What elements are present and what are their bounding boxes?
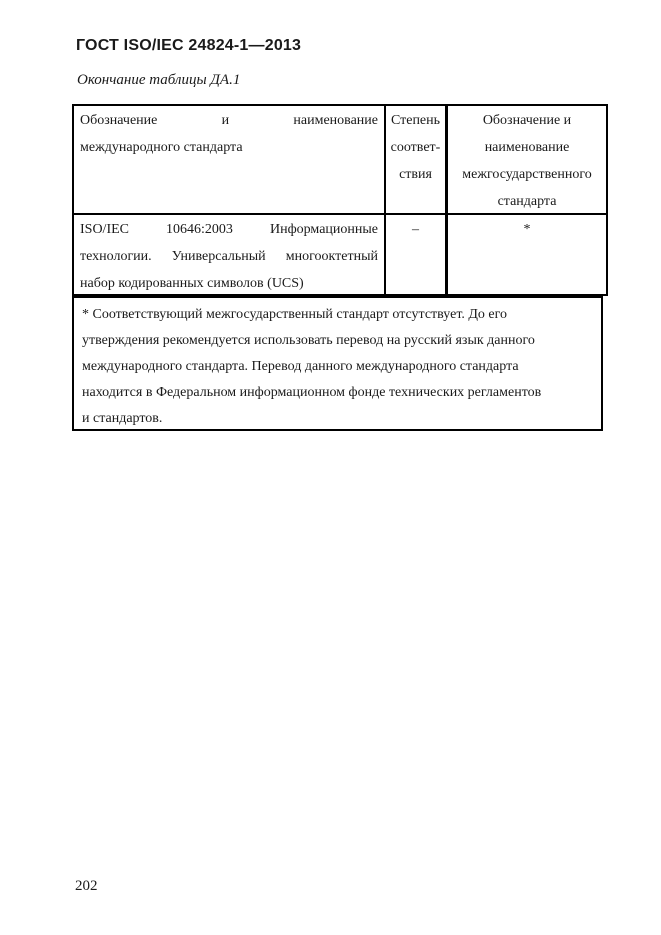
cell-text-line: ISO/IEC 10646:2003 Информационные bbox=[80, 216, 378, 243]
header-cell-interstate-standard: Обозначение и наименование межгосударств… bbox=[448, 106, 606, 213]
footnote-line: находится в Федеральном информационном ф… bbox=[82, 380, 593, 406]
header-text-line: стандарта bbox=[450, 188, 604, 213]
header-text-line: наименование bbox=[450, 134, 604, 161]
cell-text-line: набор кодированных символов (UCS) bbox=[80, 270, 378, 294]
cell-correspondence-degree: – bbox=[386, 215, 448, 294]
standards-table: Обозначение и наименование международног… bbox=[72, 104, 608, 296]
header-text-line: международного стандарта bbox=[80, 134, 378, 161]
cell-text-line: технологии. Универсальный многооктетный bbox=[80, 243, 378, 270]
table-row: ISO/IEC 10646:2003 Информационные технол… bbox=[74, 215, 606, 294]
header-text-line: межгосударственного bbox=[450, 161, 604, 188]
page-number: 202 bbox=[75, 878, 98, 895]
footnote-line: и стандартов. bbox=[82, 406, 593, 432]
footnote-line: утверждения рекомендуется использовать п… bbox=[82, 328, 593, 354]
cell-interstate-standard: * bbox=[448, 215, 606, 294]
footnote-box: * Соответствующий межгосударственный ста… bbox=[72, 296, 603, 431]
header-text-line: ствия bbox=[388, 161, 443, 188]
header-text-line: Обозначение и наименование bbox=[80, 107, 378, 134]
table-header-row: Обозначение и наименование международног… bbox=[74, 106, 606, 215]
header-text-line: соответ- bbox=[388, 134, 443, 161]
page-title: ГОСТ ISO/IEC 24824-1—2013 bbox=[76, 37, 301, 55]
header-text-line: Степень bbox=[388, 107, 443, 134]
header-text-line: Обозначение и bbox=[450, 107, 604, 134]
header-cell-standard-designation: Обозначение и наименование международног… bbox=[74, 106, 386, 213]
table-caption: Окончание таблицы ДА.1 bbox=[77, 72, 240, 89]
footnote-line: * Соответствующий межгосударственный ста… bbox=[82, 302, 593, 328]
header-cell-correspondence-degree: Степень соответ- ствия bbox=[386, 106, 448, 213]
document-page: ГОСТ ISO/IEC 24824-1—2013 Окончание табл… bbox=[0, 0, 661, 935]
footnote-line: международного стандарта. Перевод данног… bbox=[82, 354, 593, 380]
cell-standard-designation: ISO/IEC 10646:2003 Информационные технол… bbox=[74, 215, 386, 294]
